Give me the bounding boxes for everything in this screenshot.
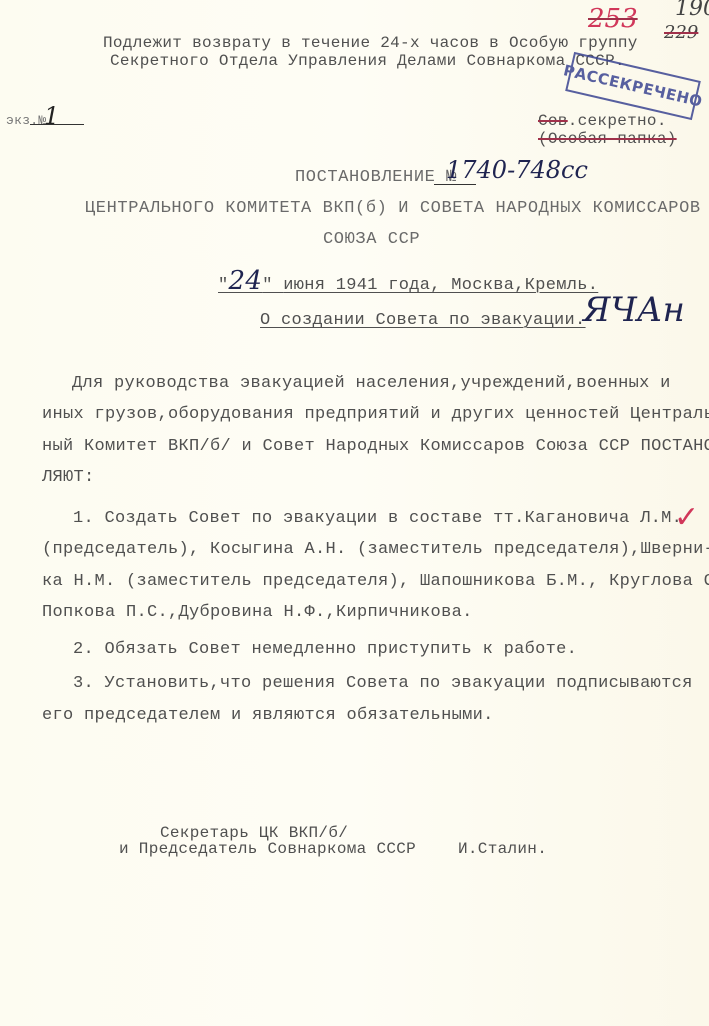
check-mark: ✓ (674, 500, 699, 535)
subject-line: О создании Совета по эвакуации. (260, 311, 586, 330)
copy-number-underline (30, 124, 84, 125)
classification-line2: (Особая папка) (538, 130, 677, 148)
preamble-line1: Для руководства эвакуацией населения,учр… (72, 374, 671, 393)
copy-number-value: 1 (44, 102, 59, 130)
resolution-number: 1740-748сс (446, 156, 588, 184)
point-3-line2: его председателем и являются обязательны… (42, 706, 494, 725)
signer-name: И.Сталин. (458, 840, 547, 858)
preamble-line3: ный Комитет ВКП/б/ и Совет Народных Коми… (42, 437, 709, 456)
classification-line1: Сов.секретно. (538, 112, 667, 130)
point-1-line3: ка Н.М. (заместитель председателя), Шапо… (42, 572, 709, 591)
point-2-line1: 2. Обязать Совет немедленно приступить к… (73, 640, 577, 659)
return-notice-line1: Подлежит возврату в течение 24-х часов в… (103, 34, 638, 52)
title-line3: СОЮЗА ССР (323, 230, 420, 249)
date-rest: июня 1941 года, Москва,Кремль. (283, 276, 598, 295)
archive-page-number-top-right: 190 (675, 0, 709, 21)
resolution-number-underline (434, 184, 476, 185)
classification-struck-prefix: Сов (538, 112, 568, 130)
preamble-line2: иных грузов,оборудования предприятий и д… (42, 405, 709, 424)
resolution-label: ПОСТАНОВЛЕНИЕ № (295, 168, 457, 187)
archive-old-page-number: 229 (664, 22, 698, 43)
signature-title-line2: и Председатель Совнаркома СССР (119, 840, 416, 858)
classification-suffix: .секретно. (568, 112, 667, 130)
copy-number-label: экз.№ (6, 113, 47, 128)
point-1-line4: Попкова П.С.,Дубровина Н.Ф.,Кирпичникова… (42, 603, 473, 622)
point-1-line2: (председатель), Косыгина А.Н. (заместите… (42, 540, 709, 559)
title-line2: ЦЕНТРАЛЬНОГО КОМИТЕТА ВКП(б) И СОВЕТА НА… (85, 199, 701, 218)
return-notice-line2: Секретного Отдела Управления Делами Совн… (110, 52, 625, 70)
point-3-line1: 3. Установить,что решения Совета по эвак… (73, 674, 693, 693)
date-line: "24" июня 1941 года, Москва,Кремль. (218, 266, 598, 296)
preamble-line4: ЛЯЮТ: (42, 468, 95, 487)
date-day: 24 (229, 266, 263, 296)
point-1-line1: 1. Создать Совет по эвакуации в составе … (73, 509, 682, 528)
archive-page-number: 253 (588, 4, 638, 34)
handwritten-initials: ЯЧАн (583, 290, 685, 330)
